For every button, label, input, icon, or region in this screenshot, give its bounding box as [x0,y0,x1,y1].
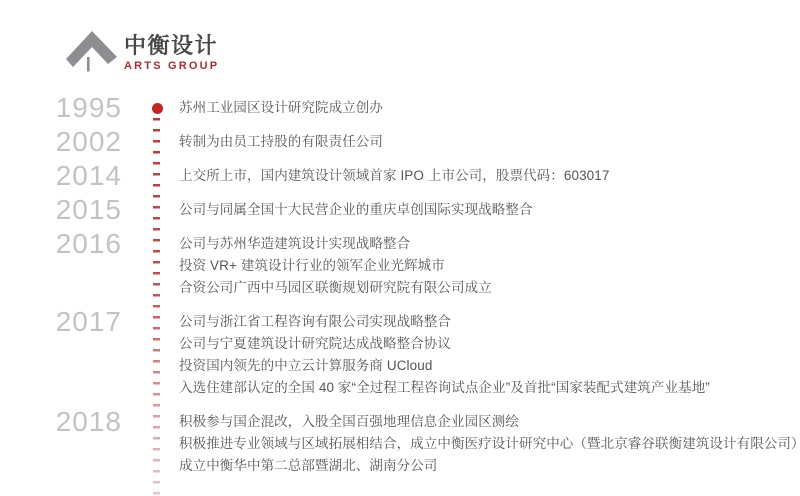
timeline: 1995苏州工业园区设计研究院成立创办2002转制为由员工持股的有限责任公司20… [0,0,800,496]
event-text: 积极推进专业领域与区域拓展相结合，成立中衡医疗设计研究中心（暨北京睿谷联衡建筑设… [179,433,800,455]
timeline-group: 2018积极参与国企混改，入股全国百强地理信息企业园区测绘积极推进专业领域与区域… [0,411,800,477]
year-label: 2015 [0,199,122,221]
year-label: 2017 [0,311,122,333]
event-list: 公司与浙江省工程咨询有限公司实现战略整合公司与宁夏建筑设计研究院达成战略整合协议… [179,311,710,399]
event-list: 积极参与国企混改，入股全国百强地理信息企业园区测绘积极推进专业领域与区域拓展相结… [179,411,800,477]
event-text: 投资 VR+ 建筑设计行业的领军企业光辉城市 [179,255,492,277]
event-text: 投资国内领先的中立云计算服务商 UCloud [179,355,710,377]
timeline-group: 2016公司与苏州华造建筑设计实现战略整合投资 VR+ 建筑设计行业的领军企业光… [0,233,800,299]
year-label: 2002 [0,131,122,153]
timeline-group: 2014上交所上市，国内建筑设计领域首家 IPO 上市公司，股票代码：60301… [0,165,800,187]
event-text: 成立中衡华中第二总部暨湖北、湖南分公司 [179,455,800,477]
event-text: 公司与宁夏建筑设计研究院达成战略整合协议 [179,333,710,355]
year-label: 2018 [0,411,122,433]
timeline-group: 2015公司与同属全国十大民营企业的重庆卓创国际实现战略整合 [0,199,800,221]
timeline-groups: 1995苏州工业园区设计研究院成立创办2002转制为由员工持股的有限责任公司20… [0,88,800,489]
event-text: 积极参与国企混改，入股全国百强地理信息企业园区测绘 [179,411,800,433]
company-history-slide: 中衡设计 ARTS GROUP 1995苏州工业园区设计研究院成立创办2002转… [0,0,800,496]
event-list: 公司与同属全国十大民营企业的重庆卓创国际实现战略整合 [179,199,533,221]
event-list: 上交所上市，国内建筑设计领域首家 IPO 上市公司，股票代码：603017 [179,165,610,187]
year-label: 1995 [0,97,122,119]
year-label: 2014 [0,165,122,187]
year-label: 2016 [0,233,122,255]
event-list: 转制为由员工持股的有限责任公司 [179,131,383,153]
event-list: 苏州工业园区设计研究院成立创办 [179,97,383,119]
event-text: 入选住建部认定的全国 40 家“全过程工程咨询试点企业”及首批“国家装配式建筑产… [179,377,710,399]
event-text: 苏州工业园区设计研究院成立创办 [179,97,383,119]
timeline-group: 2017公司与浙江省工程咨询有限公司实现战略整合公司与宁夏建筑设计研究院达成战略… [0,311,800,399]
event-list: 公司与苏州华造建筑设计实现战略整合投资 VR+ 建筑设计行业的领军企业光辉城市合… [179,233,492,299]
event-text: 公司与浙江省工程咨询有限公司实现战略整合 [179,311,710,333]
event-text: 上交所上市，国内建筑设计领域首家 IPO 上市公司，股票代码：603017 [179,165,610,187]
timeline-group: 2002转制为由员工持股的有限责任公司 [0,131,800,153]
timeline-group: 1995苏州工业园区设计研究院成立创办 [0,97,800,119]
event-text: 合资公司广西中马园区联衡规划研究院有限公司成立 [179,277,492,299]
event-text: 转制为由员工持股的有限责任公司 [179,131,383,153]
event-text: 公司与同属全国十大民营企业的重庆卓创国际实现战略整合 [179,199,533,221]
event-text: 公司与苏州华造建筑设计实现战略整合 [179,233,492,255]
